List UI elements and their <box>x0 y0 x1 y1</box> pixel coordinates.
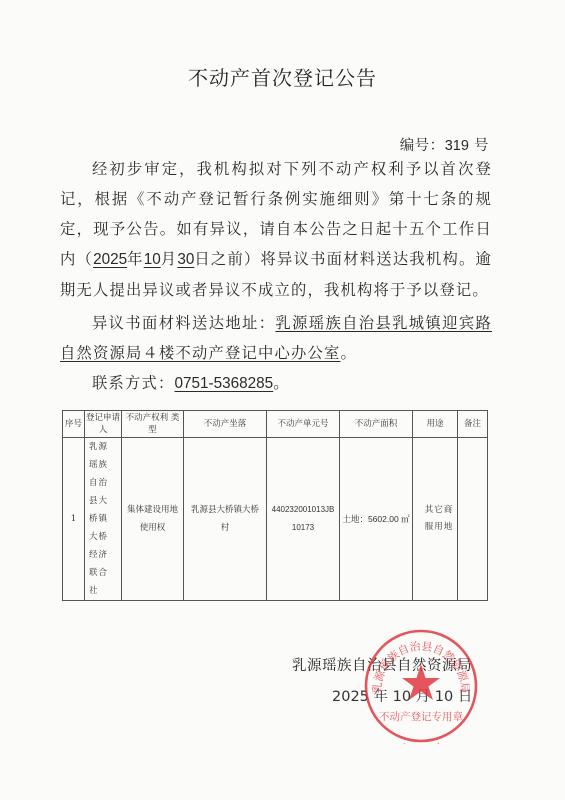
objection-address: 异议书面材料送达地址：乳源瑶族自治县乳城镇迎宾路自然资源局４楼不动产登记中心办公… <box>60 308 492 368</box>
seal-code: 4402320002914 <box>401 742 441 744</box>
star-icon <box>402 664 440 700</box>
announcement-page: 不动产首次登记公告 编号：319 号 经初步审定，我机构拟对下列不动产权利予以首… <box>0 0 565 800</box>
deadline-day: 30 <box>177 251 194 268</box>
header-location: 不动产坐落 <box>184 411 267 438</box>
header-usage: 用途 <box>413 411 458 438</box>
table-header-row: 序号 登记申请人 不动产权利 类型 不动产坐落 不动产单元号 不动产面积 用途 … <box>63 411 488 438</box>
cell-remark <box>458 438 488 601</box>
contact-end: 。 <box>273 374 290 392</box>
contact-label: 联系方式： <box>92 374 175 392</box>
document-title: 不动产首次登记公告 <box>0 62 565 91</box>
cell-location: 乳源县大桥镇大桥村 <box>184 438 267 601</box>
deadline-year: 2025 <box>93 251 127 268</box>
header-right-type: 不动产权利 类型 <box>122 411 184 438</box>
serial-number: 编号：319 号 <box>400 134 489 155</box>
cell-area: 土地：5602.00 ㎡ <box>340 438 413 601</box>
header-applicant: 登记申请人 <box>85 411 122 438</box>
cell-usage: 其它商服用地 <box>413 438 458 601</box>
seal-bottom-text: 不动产登记专用章 <box>379 710 463 723</box>
seal-icon: 乳源瑶族自治县自然资源局 不动产登记专用章 4402320002914 <box>363 628 479 744</box>
address-label: 异议书面材料送达地址： <box>92 314 275 332</box>
cell-right-type: 集体建设用地使用权 <box>122 438 184 601</box>
official-seal: 乳源瑶族自治县自然资源局 不动产登记专用章 4402320002914 <box>363 628 479 744</box>
table-row: 1 乳源瑶族自治县大桥镇大桥经济联合社 集体建设用地使用权 乳源县大桥镇大桥村 … <box>63 438 488 601</box>
header-area: 不动产面积 <box>340 411 413 438</box>
serial-label: 编号： <box>400 138 445 154</box>
contact-info: 联系方式：0751-5368285。 <box>60 368 492 399</box>
header-remark: 备注 <box>458 411 488 438</box>
deadline-month: 10 <box>144 251 161 268</box>
header-index: 序号 <box>63 411 85 438</box>
registration-table: 序号 登记申请人 不动产权利 类型 不动产坐落 不动产单元号 不动产面积 用途 … <box>62 410 488 601</box>
contact-phone: 0751-5368285 <box>175 375 274 392</box>
announcement-paragraph: 经初步审定，我机构拟对下列不动产权利予以首次登记，根据《不动产登记暂行条例实施细… <box>60 154 492 305</box>
header-unit-number: 不动产单元号 <box>267 411 340 438</box>
serial-value: 319 <box>445 138 469 154</box>
month-char: 月 <box>161 250 178 268</box>
cell-index: 1 <box>63 438 85 601</box>
year-char: 年 <box>127 250 144 268</box>
serial-suffix: 号 <box>474 138 489 154</box>
cell-applicant: 乳源瑶族自治县大桥镇大桥经济联合社 <box>85 438 122 601</box>
address-end: 。 <box>340 344 357 362</box>
cell-unit-number: 440232001013JB10173 <box>267 438 340 601</box>
applicant-text: 乳源瑶族自治县大桥镇大桥经济联合社 <box>89 438 117 600</box>
